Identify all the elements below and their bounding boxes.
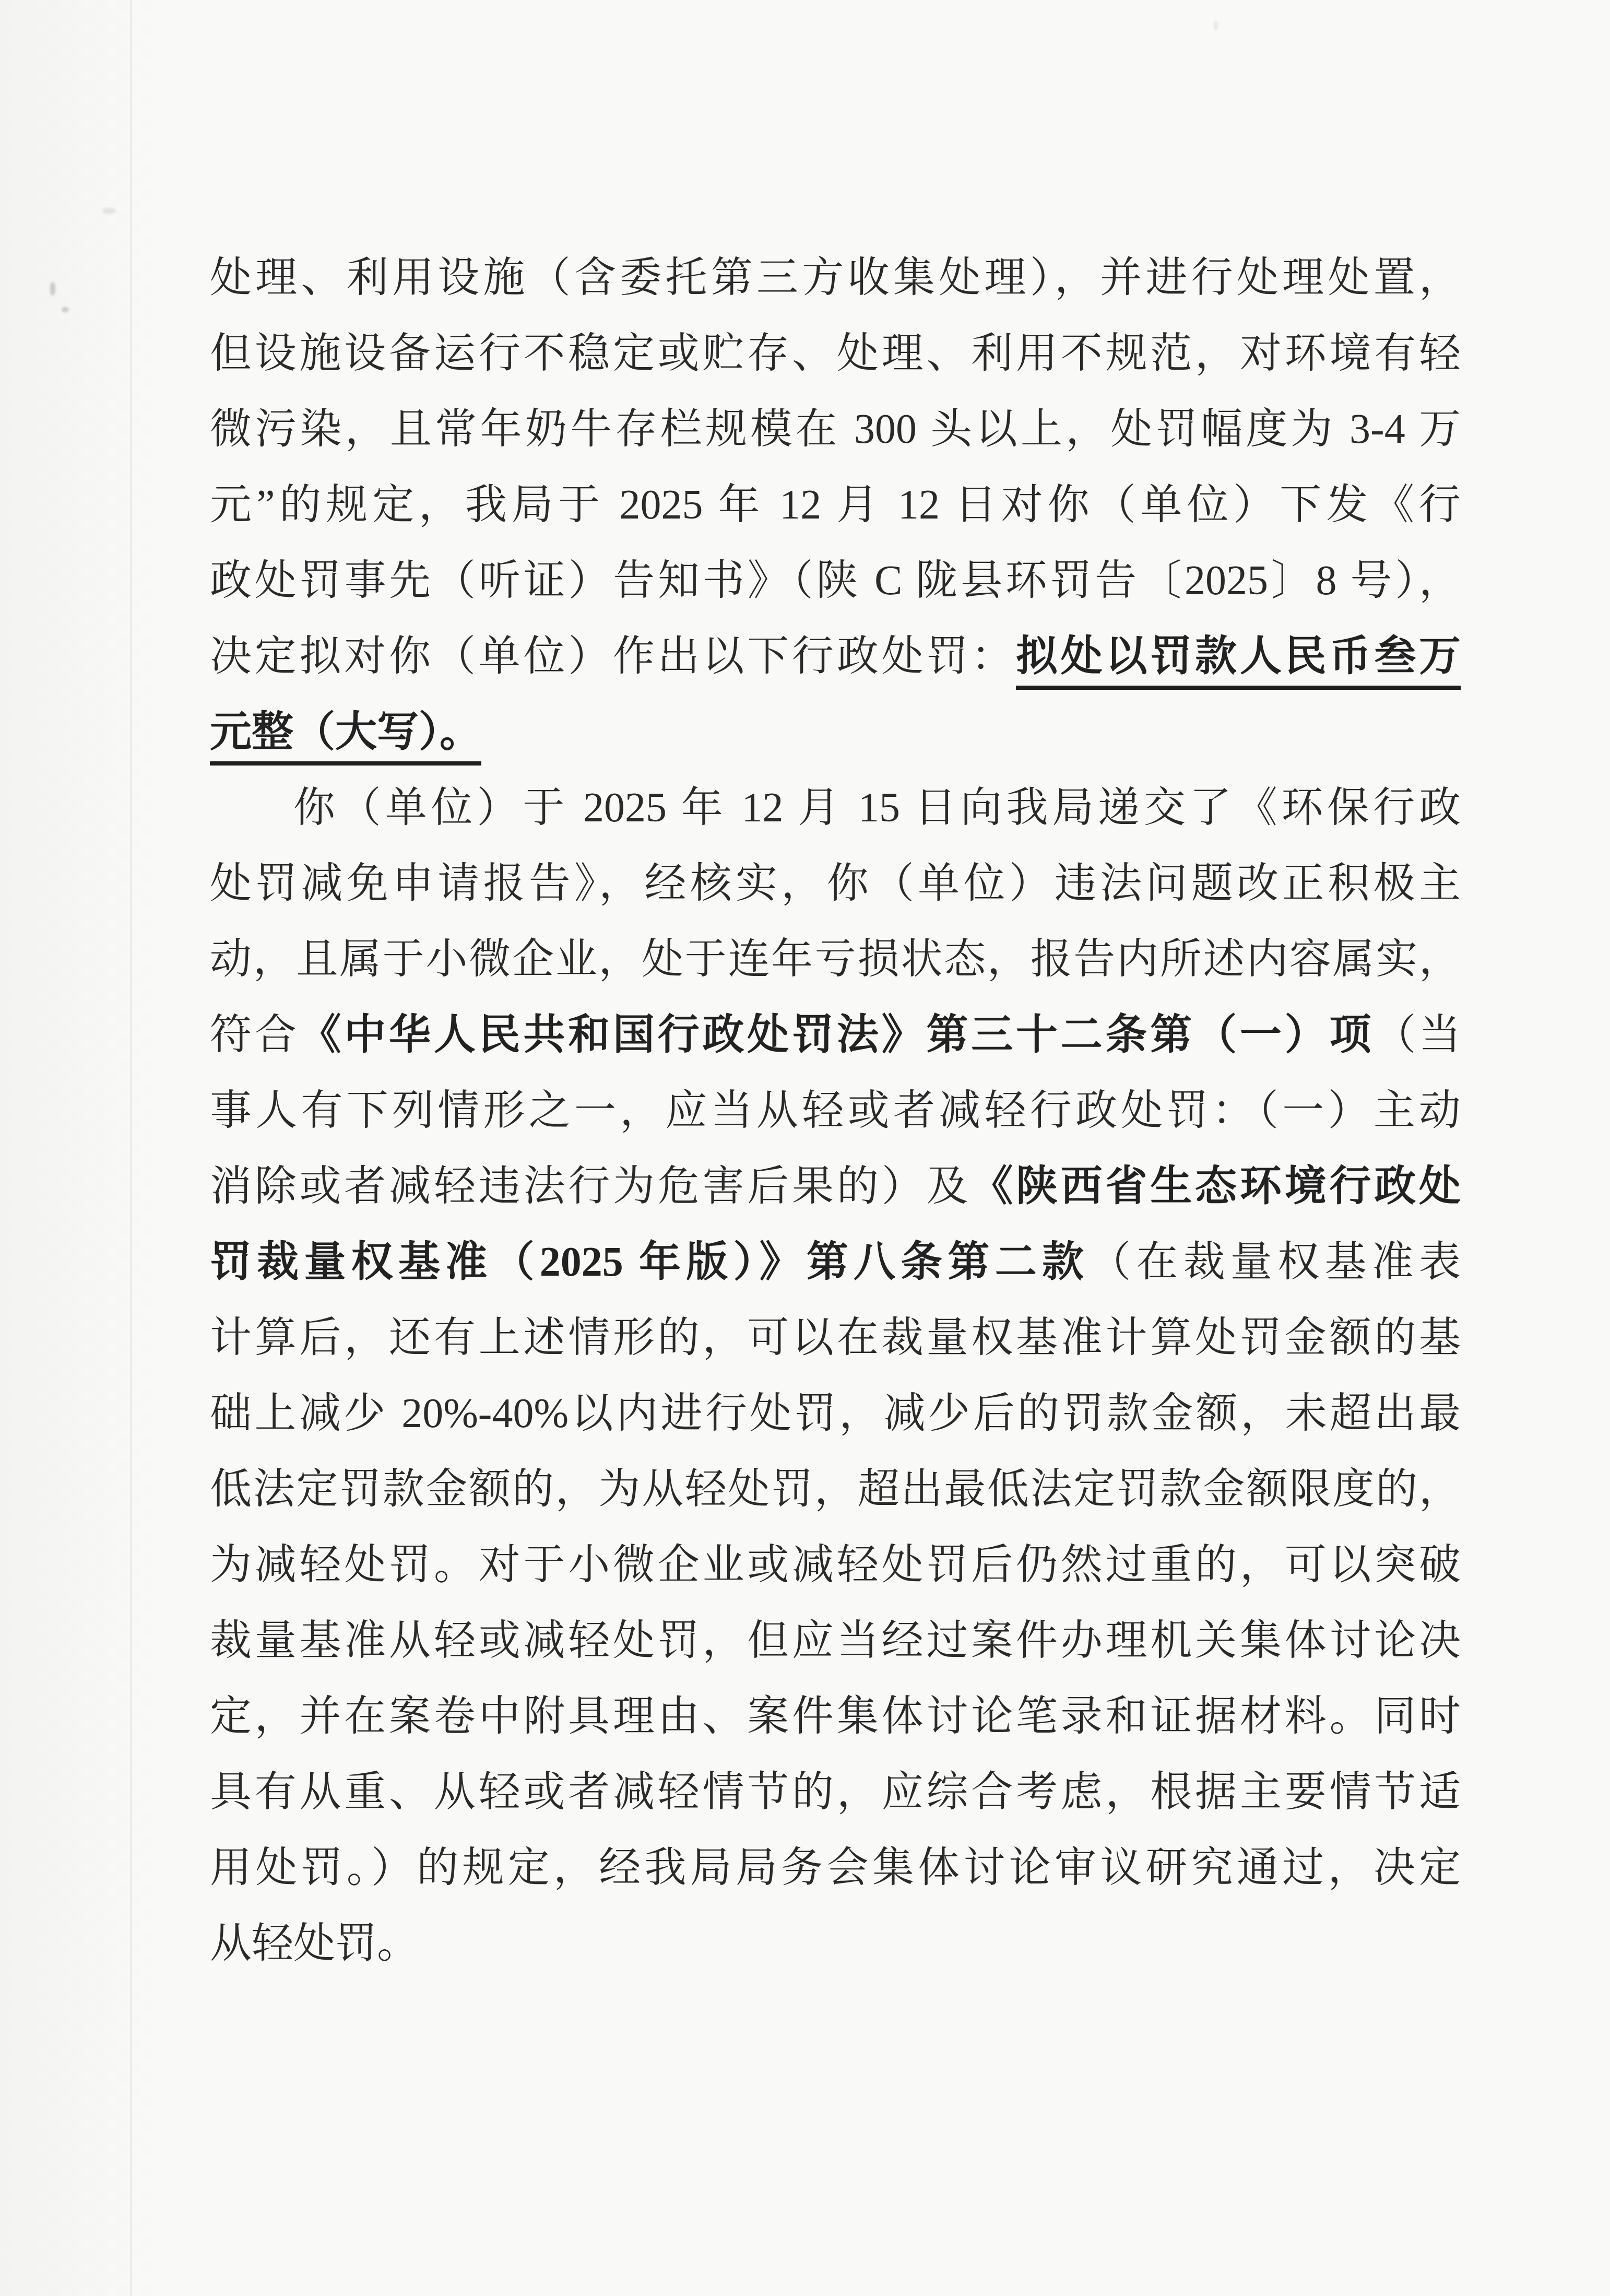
text-segment: （当 bbox=[1374, 1012, 1461, 1058]
text-segment: 从轻处罚。 bbox=[210, 1921, 419, 1967]
text-line: 罚裁量权基准（2025 年版）》第八条第二款（在裁量权基准表 bbox=[210, 1224, 1461, 1300]
text-line: 裁量基准从轻或减轻处罚，但应当经过案件办理机关集体讨论决 bbox=[210, 1603, 1461, 1679]
text-line: 处罚减免申请报告》，经核实，你（单位）违法问题改正积极主 bbox=[210, 846, 1461, 922]
text-segment: 处罚减免申请报告》，经核实，你（单位）违法问题改正积极主 bbox=[210, 861, 1461, 906]
text-segment: 但设施设备运行不稳定或贮存、处理、利用不规范，对环境有轻 bbox=[210, 331, 1461, 376]
text-line: 础上减少 20%-40%以内进行处罚，减少后的罚款金额，未超出最 bbox=[210, 1376, 1461, 1452]
text-line: 低法定罚款金额的，为从轻处罚，超出最低法定罚款金额限度的， bbox=[210, 1452, 1461, 1527]
text-segment: 消除或者减轻违法行为危害后果的）及 bbox=[210, 1163, 971, 1209]
scan-smudge bbox=[50, 282, 55, 296]
text-line: 你（单位）于 2025 年 12 月 15 日向我局递交了《环保行政 bbox=[210, 770, 1461, 846]
text-line: 动，且属于小微企业，处于连年亏损状态，报告内所述内容属实， bbox=[210, 922, 1461, 997]
text-segment: 事人有下列情形之一，应当从轻或者减轻行政处罚：（一）主动 bbox=[210, 1088, 1461, 1134]
text-line: 但设施设备运行不稳定或贮存、处理、利用不规范，对环境有轻 bbox=[210, 316, 1461, 392]
text-line: 具有从重、从轻或者减轻情节的，应综合考虑，根据主要情节适 bbox=[210, 1755, 1461, 1830]
text-segment: 础上减少 20%-40%以内进行处罚，减少后的罚款金额，未超出最 bbox=[210, 1391, 1461, 1437]
text-line: 处理、利用设施（含委托第三方收集处理），并进行处理处置， bbox=[210, 240, 1461, 316]
scan-smudge bbox=[102, 208, 116, 214]
text-segment: （在裁量权基准表 bbox=[1089, 1239, 1461, 1285]
text-line: 从轻处罚。 bbox=[210, 1906, 1461, 1982]
text-segment: 决定拟对你（单位）作出以下行政处罚： bbox=[210, 633, 1016, 679]
text-segment: 符合 bbox=[210, 1012, 300, 1058]
text-segment: 你（单位）于 2025 年 12 月 15 日向我局递交了《环保行政 bbox=[293, 785, 1461, 831]
text-segment: 为减轻处罚。对于小微企业或减轻处罚后仍然过重的，可以突破 bbox=[210, 1542, 1461, 1588]
text-line: 微污染，且常年奶牛存栏规模在 300 头以上，处罚幅度为 3-4 万 bbox=[210, 392, 1461, 467]
scan-smudge bbox=[1214, 21, 1217, 30]
text-segment: 裁量基准从轻或减轻处罚，但应当经过案件办理机关集体讨论决 bbox=[210, 1618, 1461, 1664]
text-segment: 计算后，还有上述情形的，可以在裁量权基准计算处罚金额的基 bbox=[210, 1315, 1461, 1361]
text-line: 决定拟对你（单位）作出以下行政处罚：拟处以罚款人民币叁万 bbox=[210, 619, 1461, 694]
penalty-amount-emphasis: 拟处以罚款人民币叁万 bbox=[1016, 633, 1461, 690]
text-line: 为减轻处罚。对于小微企业或减轻处罚后仍然过重的，可以突破 bbox=[210, 1527, 1461, 1603]
text-segment: 微污染，且常年奶牛存栏规模在 300 头以上，处罚幅度为 3-4 万 bbox=[210, 406, 1461, 452]
text-line: 计算后，还有上述情形的，可以在裁量权基准计算处罚金额的基 bbox=[210, 1300, 1461, 1376]
text-line: 事人有下列情形之一，应当从轻或者减轻行政处罚：（一）主动 bbox=[210, 1073, 1461, 1149]
text-line: 用处罚。）的规定，经我局局务会集体讨论审议研究通过，决定 bbox=[210, 1830, 1461, 1906]
text-segment: 元”的规定，我局于 2025 年 12 月 12 日对你（单位）下发《行 bbox=[210, 482, 1461, 528]
text-segment: 《中华人民共和国行政处罚法》第三十二条第（一）项 bbox=[300, 1012, 1375, 1058]
text-segment: 低法定罚款金额的，为从轻处罚，超出最低法定罚款金额限度的， bbox=[210, 1466, 1461, 1512]
text-line: 符合《中华人民共和国行政处罚法》第三十二条第（一）项（当 bbox=[210, 997, 1461, 1073]
text-segment: 动，且属于小微企业，处于连年亏损状态，报告内所述内容属实， bbox=[210, 936, 1461, 982]
text-segment: 用处罚。）的规定，经我局局务会集体讨论审议研究通过，决定 bbox=[210, 1845, 1461, 1891]
text-segment: 处理、利用设施（含委托第三方收集处理），并进行处理处置， bbox=[210, 255, 1461, 301]
penalty-amount-emphasis: 元整（大写）。 bbox=[210, 709, 481, 766]
text-line: 元整（大写）。 bbox=[210, 694, 1461, 770]
text-segment: 罚裁量权基准（2025 年版）》第八条第二款 bbox=[210, 1239, 1089, 1285]
text-segment: 定，并在案卷中附具理由、案件集体讨论笔录和证据材料。同时 bbox=[210, 1693, 1461, 1739]
scan-smudge bbox=[62, 307, 69, 312]
scanned-document-page: 处理、利用设施（含委托第三方收集处理），并进行处理处置，但设施设备运行不稳定或贮… bbox=[0, 0, 1610, 2296]
document-text: 处理、利用设施（含委托第三方收集处理），并进行处理处置，但设施设备运行不稳定或贮… bbox=[210, 240, 1461, 1982]
scan-streak bbox=[131, 0, 132, 2296]
text-line: 元”的规定，我局于 2025 年 12 月 12 日对你（单位）下发《行 bbox=[210, 467, 1461, 543]
text-segment: 《陕西省生态环境行政处 bbox=[971, 1163, 1461, 1209]
text-line: 政处罚事先（听证）告知书》（陕 C 陇县环罚告〔2025〕8 号）， bbox=[210, 543, 1461, 619]
text-segment: 具有从重、从轻或者减轻情节的，应综合考虑，根据主要情节适 bbox=[210, 1769, 1461, 1815]
text-line: 消除或者减轻违法行为危害后果的）及《陕西省生态环境行政处 bbox=[210, 1149, 1461, 1224]
text-segment: 政处罚事先（听证）告知书》（陕 C 陇县环罚告〔2025〕8 号）， bbox=[210, 558, 1461, 604]
text-line: 定，并在案卷中附具理由、案件集体讨论笔录和证据材料。同时 bbox=[210, 1679, 1461, 1755]
